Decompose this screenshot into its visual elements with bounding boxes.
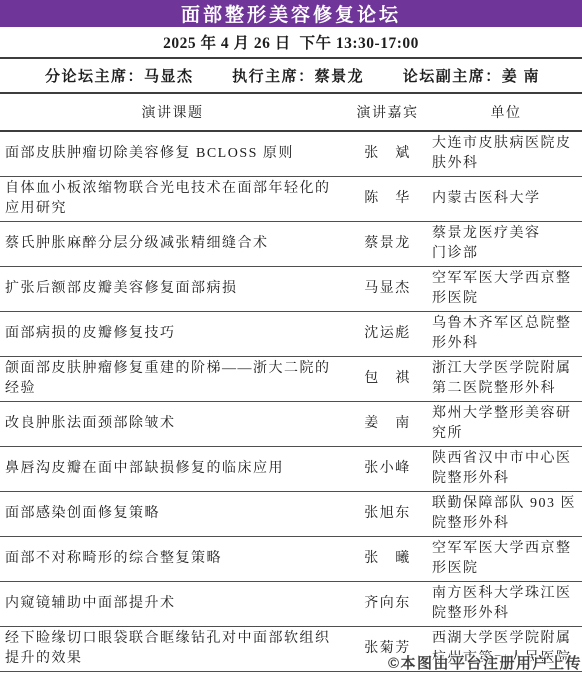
col-header-unit: 单位 (430, 102, 582, 122)
table-row: 面部不对称畸形的综合整复策略 张 曦 空军军医大学西京整 形医院 (0, 537, 582, 582)
unit-cell: 联勤保障部队 903 医 院整形外科 (430, 492, 582, 536)
topic-cell: 经下睑缘切口眼袋联合眶缘钻孔对中面部软组织 提升的效果 (0, 627, 345, 671)
forum-title-bar: 面部整形美容修复论坛 (0, 0, 582, 27)
table-row: 自体血小板浓缩物联合光电技术在面部年轻化的 应用研究 陈 华 内蒙古医科大学 (0, 177, 582, 222)
table-row: 扩张后额部皮瓣美容修复面部病损 马显杰 空军军医大学西京整 形医院 (0, 267, 582, 312)
session-datetime: 2025 年 4 月 26 日 下午 13:30-17:00 (0, 27, 582, 59)
table-row: 颌面部皮肤肿瘤修复重建的阶梯——浙大二院的 经验 包 祺 浙江大学医学院附属 第… (0, 357, 582, 402)
speaker-cell: 齐向东 (345, 582, 430, 626)
topic-cell: 鼻唇沟皮瓣在面中部缺损修复的临床应用 (0, 447, 345, 491)
conference-program-page: 面部整形美容修复论坛 2025 年 4 月 26 日 下午 13:30-17:0… (0, 0, 582, 673)
unit-cell: 南方医科大学珠江医 院整形外科 (430, 582, 582, 626)
speaker-cell: 张 斌 (345, 132, 430, 176)
table-row: 面部感染创面修复策略 张旭东 联勤保障部队 903 医 院整形外科 (0, 492, 582, 537)
topic-cell: 面部感染创面修复策略 (0, 492, 345, 536)
vice-chair: 论坛副主席：姜 南 (403, 65, 540, 86)
topic-cell: 自体血小板浓缩物联合光电技术在面部年轻化的 应用研究 (0, 177, 345, 221)
forum-title: 面部整形美容修复论坛 (181, 0, 401, 27)
speaker-cell: 张 曦 (345, 537, 430, 581)
table-row: 蔡氏肿胀麻醉分层分级减张精细缝合术 蔡景龙 蔡景龙医疗美容 门诊部 (0, 222, 582, 267)
topic-cell: 颌面部皮肤肿瘤修复重建的阶梯——浙大二院的 经验 (0, 357, 345, 401)
topic-cell: 内窥镜辅助中面部提升术 (0, 582, 345, 626)
speaker-cell: 沈运彪 (345, 312, 430, 356)
topic-cell: 蔡氏肿胀麻醉分层分级减张精细缝合术 (0, 222, 345, 266)
speaker-cell: 姜 南 (345, 402, 430, 446)
table-row: 面部病损的皮瓣修复技巧 沈运彪 乌鲁木齐军区总院整 形外科 (0, 312, 582, 357)
speaker-cell: 张旭东 (345, 492, 430, 536)
table-row: 鼻唇沟皮瓣在面中部缺损修复的临床应用 张小峰 陕西省汉中市中心医 院整形外科 (0, 447, 582, 492)
forum-chair: 分论坛主席：马显杰 (45, 65, 194, 86)
topic-cell: 扩张后额部皮瓣美容修复面部病损 (0, 267, 345, 311)
unit-cell: 内蒙古医科大学 (430, 177, 582, 221)
unit-cell: 空军军医大学西京整 形医院 (430, 537, 582, 581)
unit-cell: 乌鲁木齐军区总院整 形外科 (430, 312, 582, 356)
speaker-cell: 包 祺 (345, 357, 430, 401)
table-row: 面部皮肤肿瘤切除美容修复 BCLOSS 原则 张 斌 大连市皮肤病医院皮 肤外科 (0, 132, 582, 177)
col-header-speaker: 演讲嘉宾 (345, 102, 430, 122)
table-row: 改良肿胀法面颈部除皱术 姜 南 郑州大学整形美容研 究所 (0, 402, 582, 447)
executive-chair: 执行主席：蔡景龙 (232, 65, 364, 86)
unit-cell: 空军军医大学西京整 形医院 (430, 267, 582, 311)
speaker-cell: 蔡景龙 (345, 222, 430, 266)
topic-cell: 改良肿胀法面颈部除皱术 (0, 402, 345, 446)
table-header-row: 演讲课题 演讲嘉宾 单位 (0, 94, 582, 132)
topic-cell: 面部皮肤肿瘤切除美容修复 BCLOSS 原则 (0, 132, 345, 176)
table-row: 内窥镜辅助中面部提升术 齐向东 南方医科大学珠江医 院整形外科 (0, 582, 582, 627)
speaker-cell: 陈 华 (345, 177, 430, 221)
unit-cell: 大连市皮肤病医院皮 肤外科 (430, 132, 582, 176)
speaker-cell: 马显杰 (345, 267, 430, 311)
unit-cell: 浙江大学医学院附属 第二医院整形外科 (430, 357, 582, 401)
watermark: ©本图由平台注册用户上传 (388, 652, 582, 673)
unit-cell: 陕西省汉中市中心医 院整形外科 (430, 447, 582, 491)
col-header-topic: 演讲课题 (0, 102, 345, 122)
chairs-row: 分论坛主席：马显杰 执行主席：蔡景龙 论坛副主席：姜 南 (0, 59, 582, 94)
topic-cell: 面部病损的皮瓣修复技巧 (0, 312, 345, 356)
table-body: 面部皮肤肿瘤切除美容修复 BCLOSS 原则 张 斌 大连市皮肤病医院皮 肤外科… (0, 132, 582, 672)
unit-cell: 郑州大学整形美容研 究所 (430, 402, 582, 446)
speaker-cell: 张小峰 (345, 447, 430, 491)
unit-cell: 蔡景龙医疗美容 门诊部 (430, 222, 582, 266)
topic-cell: 面部不对称畸形的综合整复策略 (0, 537, 345, 581)
